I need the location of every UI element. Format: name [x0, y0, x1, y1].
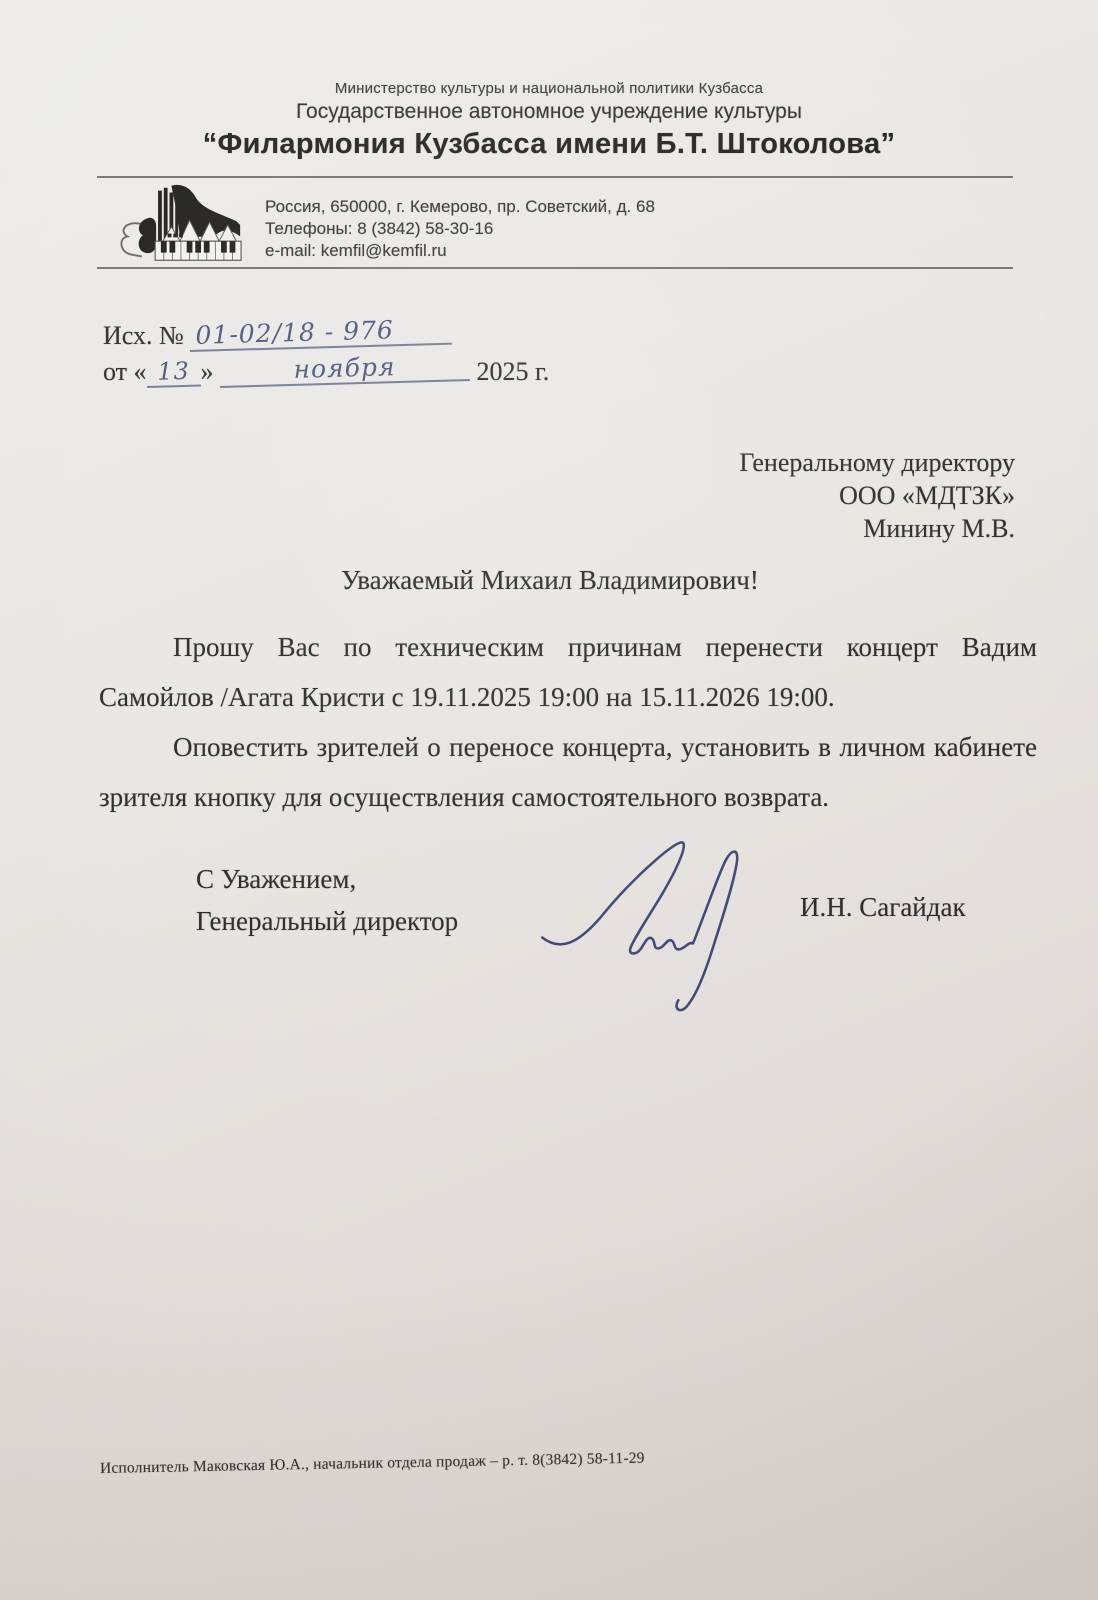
outgoing-number-line: Исх. № 01-02/18 - 976: [103, 318, 549, 354]
date-year: 2025 г.: [477, 357, 550, 386]
letter-body: Прошу Вас по техническим причинам перене…: [99, 622, 1037, 822]
date-month-text: ноября: [293, 352, 396, 384]
contact-block: Россия, 650000, г. Кемерово, пр. Советск…: [265, 196, 655, 262]
outgoing-label: Исх. №: [103, 321, 184, 350]
letterhead-divider-bottom: [97, 267, 1013, 269]
date-quote-close: »: [201, 357, 214, 386]
outgoing-number-text: 01-02/18 - 976: [195, 315, 394, 350]
recipient-block: Генеральному директору ООО «МДТЗК» Минин…: [739, 446, 1015, 545]
date-month-handwritten: ноября: [219, 352, 470, 388]
letterhead: Министерство культуры и национальной пол…: [0, 80, 1098, 161]
letterhead-divider-top: [97, 176, 1013, 178]
closing-block: С Уважением, Генеральный директор: [196, 858, 458, 942]
ministry-line: Министерство культуры и национальной пол…: [0, 80, 1098, 97]
closing-respect: С Уважением,: [196, 858, 458, 900]
date-line: от «13» ноября 2025 г.: [103, 354, 549, 390]
contact-email: e-mail: kemfil@kemfil.ru: [265, 240, 655, 262]
recipient-position: Генеральному директору: [739, 446, 1015, 479]
reference-block: Исх. № 01-02/18 - 976 от «13» ноября 202…: [103, 318, 549, 390]
date-day-handwritten: 13: [146, 359, 201, 388]
contact-address: Россия, 650000, г. Кемерово, пр. Советск…: [265, 196, 655, 218]
contact-phones: Телефоны: 8 (3842) 58-30-16: [265, 218, 655, 240]
body-paragraph-2: Оповестить зрителей о переносе концерта,…: [99, 722, 1037, 822]
letter-sheet: Министерство культуры и национальной пол…: [0, 0, 1098, 1600]
recipient-person: Минину М.В.: [739, 512, 1015, 545]
salutation: Уважаемый Михаил Владимирович!: [20, 565, 1080, 596]
date-day-text: 13: [156, 357, 189, 386]
handwritten-signature-icon: [528, 820, 766, 1012]
signer-name: И.Н. Сагайдак: [800, 892, 966, 923]
institution-type-line: Государственное автономное учреждение ку…: [0, 100, 1098, 124]
recipient-company: ООО «МДТЗК»: [739, 479, 1015, 512]
executor-line: Исполнитель Маковская Ю.А., начальник от…: [100, 1450, 645, 1478]
organization-name: “Филармония Кузбасса имени Б.Т. Штоколов…: [0, 128, 1098, 161]
date-prefix: от «: [103, 357, 147, 386]
outgoing-number-handwritten: 01-02/18 - 976: [189, 316, 452, 352]
body-paragraph-1: Прошу Вас по техническим причинам перене…: [99, 622, 1037, 722]
philharmonic-logo-icon: [112, 182, 248, 266]
signer-title: Генеральный директор: [196, 900, 458, 942]
